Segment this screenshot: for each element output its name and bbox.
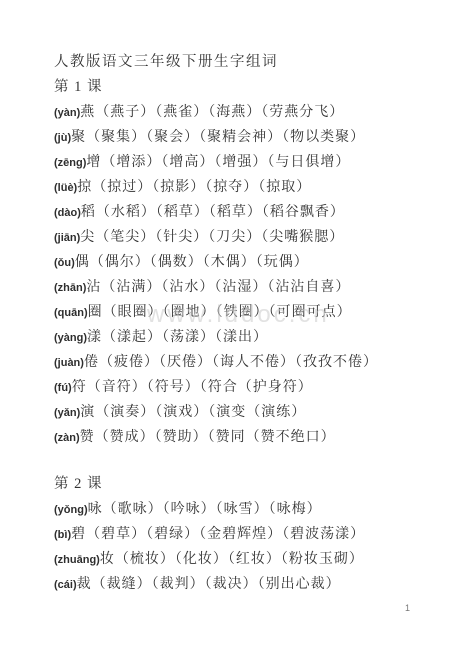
entry-words: 符（音符）（符号）（符合（护身符） [72, 380, 313, 395]
entry-pinyin: (lüè) [54, 182, 77, 194]
entry-pinyin: (quān) [54, 307, 88, 319]
lesson-1-heading: 第 1 课 [54, 75, 445, 100]
vocab-entry: (zhān)沾（沾满）（沾水）（沾湿）（沾沾自喜） [54, 275, 445, 300]
vocab-entry: (juàn)倦（疲倦）（厌倦）（诲人不倦）（孜孜不倦） [54, 350, 445, 375]
entry-words: 偶（偶尔）（偶数）（木偶）（玩偶） [75, 255, 309, 270]
entry-words: 妆（梳妆）（化妆）（红妆）（粉妆玉砌） [100, 552, 364, 567]
vocab-entry: (jù)聚（聚集）（聚会）（聚精会神）（物以类聚） [54, 125, 445, 150]
entry-pinyin: (bì) [54, 529, 71, 541]
entry-words: 燕（燕子）（燕雀）（海燕）（劳燕分飞） [80, 105, 344, 120]
entry-pinyin: (jù) [54, 132, 71, 144]
entry-pinyin: (juàn) [54, 357, 84, 369]
entry-words: 掠（掠过）（掠影）（掠夺）（掠取） [77, 180, 311, 195]
entry-words: 尖（笔尖）（针尖）（刀尖）（尖嘴猴腮） [80, 230, 344, 245]
entry-words: 裁（裁缝）（裁判）（裁决）（别出心裁） [77, 577, 341, 592]
entry-pinyin: (cái) [54, 579, 77, 591]
vocab-entry: (bì)碧（碧草）（碧绿）（金碧辉煌）（碧波荡漾） [54, 522, 445, 547]
vocab-entry: (fú)符（音符）（符号）（符合（护身符） [54, 375, 445, 400]
vocab-entry: (ǒu)偶（偶尔）（偶数）（木偶）（玩偶） [54, 250, 445, 275]
entry-words: 漾（漾起）（荡漾）（漾出） [87, 330, 268, 345]
entry-pinyin: (jiān) [54, 232, 80, 244]
vocab-entry: (yàn)燕（燕子）（燕雀）（海燕）（劳燕分飞） [54, 100, 445, 125]
entry-words: 赞（赞成）（赞助）（赞同（赞不绝口） [80, 430, 336, 445]
entry-pinyin: (fú) [54, 382, 72, 394]
vocab-entry: (yǒng)咏（歌咏）（吟咏）（咏雪）（咏梅） [54, 497, 445, 522]
entry-words: 演（演奏）（演戏）（演变（演练） [80, 405, 306, 420]
entry-words: 咏（歌咏）（吟咏）（咏雪）（咏梅） [88, 502, 322, 517]
vocab-entry: (quān)圈（眼圈）（圈地）（铁圈）（可圈可点） [54, 300, 445, 325]
entry-pinyin: (yǎn) [54, 407, 80, 419]
vocab-entry: (jiān)尖（笔尖）（针尖）（刀尖）（尖嘴猴腮） [54, 225, 445, 250]
vocab-entry: (zēng)增（增添）（增高）（增强）（与日俱增） [54, 150, 445, 175]
entry-pinyin: (yàn) [54, 107, 80, 119]
entry-pinyin: (zhān) [54, 282, 86, 294]
document-page: 人教版语文三年级下册生字组词 第 1 课 (yàn)燕（燕子）（燕雀）（海燕）（… [0, 0, 465, 597]
entry-pinyin: (dào) [54, 207, 81, 219]
vocab-entry: (yǎn)演（演奏）（演戏）（演变（演练） [54, 400, 445, 425]
entry-pinyin: (yàng) [54, 332, 87, 344]
entry-words: 聚（聚集）（聚会）（聚精会神）（物以类聚） [71, 130, 365, 145]
entry-pinyin: (zàn) [54, 432, 80, 444]
entry-words: 稻（水稻）（稻草）（稻草）（稻谷飘香） [81, 205, 345, 220]
document-title: 人教版语文三年级下册生字组词 [54, 50, 445, 75]
entry-words: 圈（眼圈）（圈地）（铁圈）（可圈可点） [88, 305, 352, 320]
vocab-entry: (dào)稻（水稻）（稻草）（稻草）（稻谷飘香） [54, 200, 445, 225]
vocab-entry: (cái)裁（裁缝）（裁判）（裁决）（别出心裁） [54, 572, 445, 597]
entry-words: 倦（疲倦）（厌倦）（诲人不倦）（孜孜不倦） [84, 355, 378, 370]
entry-words: 碧（碧草）（碧绿）（金碧辉煌）（碧波荡漾） [71, 527, 365, 542]
vocab-entry: (yàng)漾（漾起）（荡漾）（漾出） [54, 325, 445, 350]
vocab-entry: (zàn)赞（赞成）（赞助）（赞同（赞不绝口） [54, 425, 445, 450]
lesson-1-section: 第 1 课 (yàn)燕（燕子）（燕雀）（海燕）（劳燕分飞） (jù)聚（聚集）… [54, 75, 445, 450]
lesson-2-section: 第 2 课 (yǒng)咏（歌咏）（吟咏）（咏雪）（咏梅） (bì)碧（碧草）（… [54, 472, 445, 597]
page-number: 1 [405, 603, 410, 613]
entry-pinyin: (yǒng) [54, 504, 88, 516]
entry-pinyin: (zēng) [54, 157, 86, 169]
entry-words: 沾（沾满）（沾水）（沾湿）（沾沾自喜） [86, 280, 350, 295]
entry-words: 增（增添）（增高）（增强）（与日俱增） [86, 155, 350, 170]
vocab-entry: (lüè)掠（掠过）（掠影）（掠夺）（掠取） [54, 175, 445, 200]
vocab-entry: (zhuāng)妆（梳妆）（化妆）（红妆）（粉妆玉砌） [54, 547, 445, 572]
entry-pinyin: (zhuāng) [54, 554, 100, 566]
entry-pinyin: (ǒu) [54, 257, 75, 269]
lesson-2-heading: 第 2 课 [54, 472, 445, 497]
